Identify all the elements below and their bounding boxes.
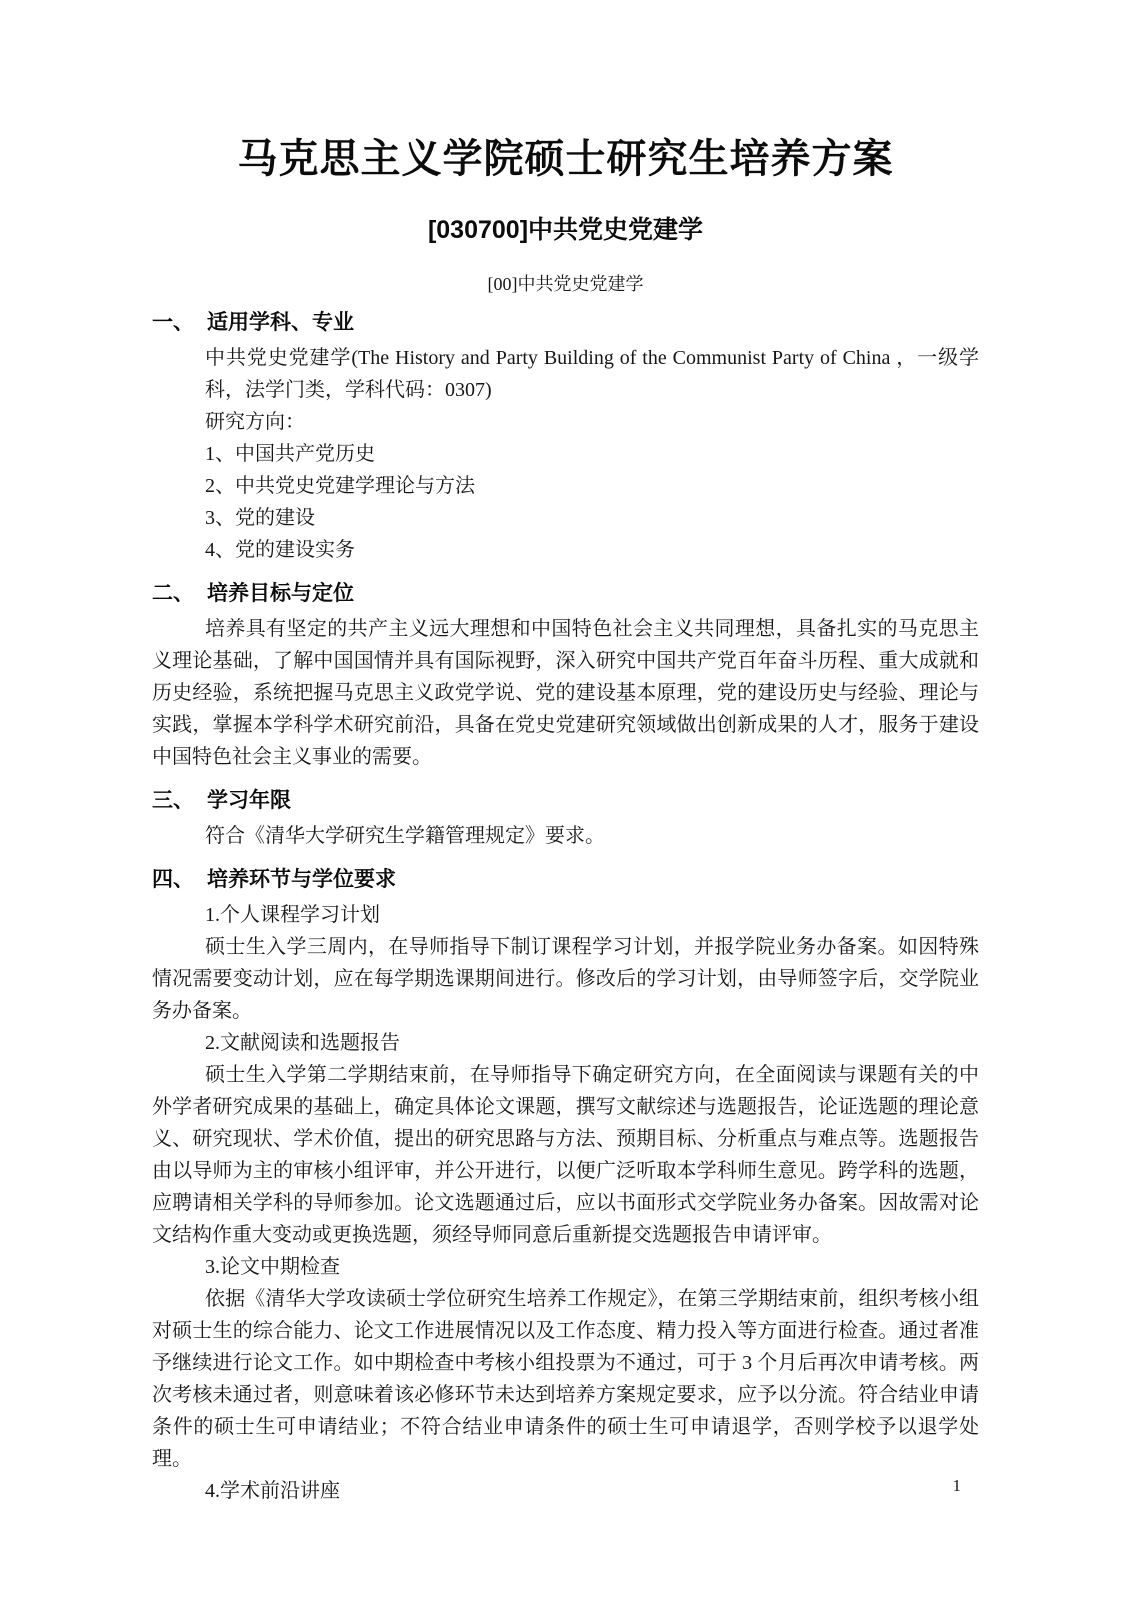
research-direction-item: 2、中共党史党建学理论与方法	[205, 470, 979, 502]
section-label-3: 学习年限	[207, 789, 291, 812]
section-1-body: 中共党史党建学(The History and Party Building o…	[152, 342, 979, 566]
section-heading-2: 二、培养目标与定位	[152, 581, 979, 607]
section-marker-2: 二、	[152, 582, 194, 605]
document-subtitle: [030700]中共党史党建学	[152, 215, 979, 245]
section-marker-4: 四、	[152, 868, 194, 891]
research-direction-item: 3、党的建设	[205, 502, 979, 534]
section-label-1: 适用学科、专业	[207, 311, 354, 334]
subsection-title-3: 3.论文中期检查	[152, 1251, 979, 1283]
section-label-4: 培养环节与学位要求	[207, 868, 396, 891]
section-heading-1: 一、适用学科、专业	[152, 310, 979, 336]
research-direction-item: 1、中国共产党历史	[205, 438, 979, 470]
study-period-paragraph: 符合《清华大学研究生学籍管理规定》要求。	[152, 820, 979, 852]
document-sub-subtitle: [00]中共党史党建学	[152, 273, 979, 295]
subsection-title-4: 4.学术前沿讲座	[152, 1475, 979, 1507]
section-heading-4: 四、培养环节与学位要求	[152, 867, 979, 893]
section-label-2: 培养目标与定位	[207, 582, 354, 605]
section-marker-3: 三、	[152, 789, 194, 812]
section-heading-3: 三、学习年限	[152, 788, 979, 814]
training-goal-paragraph: 培养具有坚定的共产主义远大理想和中国特色社会主义共同理想，具备扎实的马克思主义理…	[152, 613, 979, 773]
page-number: 1	[953, 1476, 962, 1496]
research-directions-label: 研究方向：	[205, 406, 979, 438]
subsection-paragraph-3: 依据《清华大学攻读硕士学位研究生培养工作规定》，在第三学期结束前，组织考核小组对…	[152, 1283, 979, 1475]
document-title: 马克思主义学院硕士研究生培养方案	[152, 135, 979, 183]
document-page: 马克思主义学院硕士研究生培养方案 [030700]中共党史党建学 [00]中共党…	[0, 0, 1131, 1600]
subsection-title-2: 2.文献阅读和选题报告	[152, 1027, 979, 1059]
subsection-title-1: 1.个人课程学习计划	[152, 899, 979, 931]
subsection-paragraph-2: 硕士生入学第二学期结束前，在导师指导下确定研究方向，在全面阅读与课题有关的中外学…	[152, 1059, 979, 1251]
subsection-paragraph-1: 硕士生入学三周内，在导师指导下制订课程学习计划，并报学院业务办备案。如因特殊情况…	[152, 931, 979, 1027]
research-direction-item: 4、党的建设实务	[205, 534, 979, 566]
discipline-intro: 中共党史党建学(The History and Party Building o…	[205, 342, 979, 406]
section-marker-1: 一、	[152, 311, 194, 334]
